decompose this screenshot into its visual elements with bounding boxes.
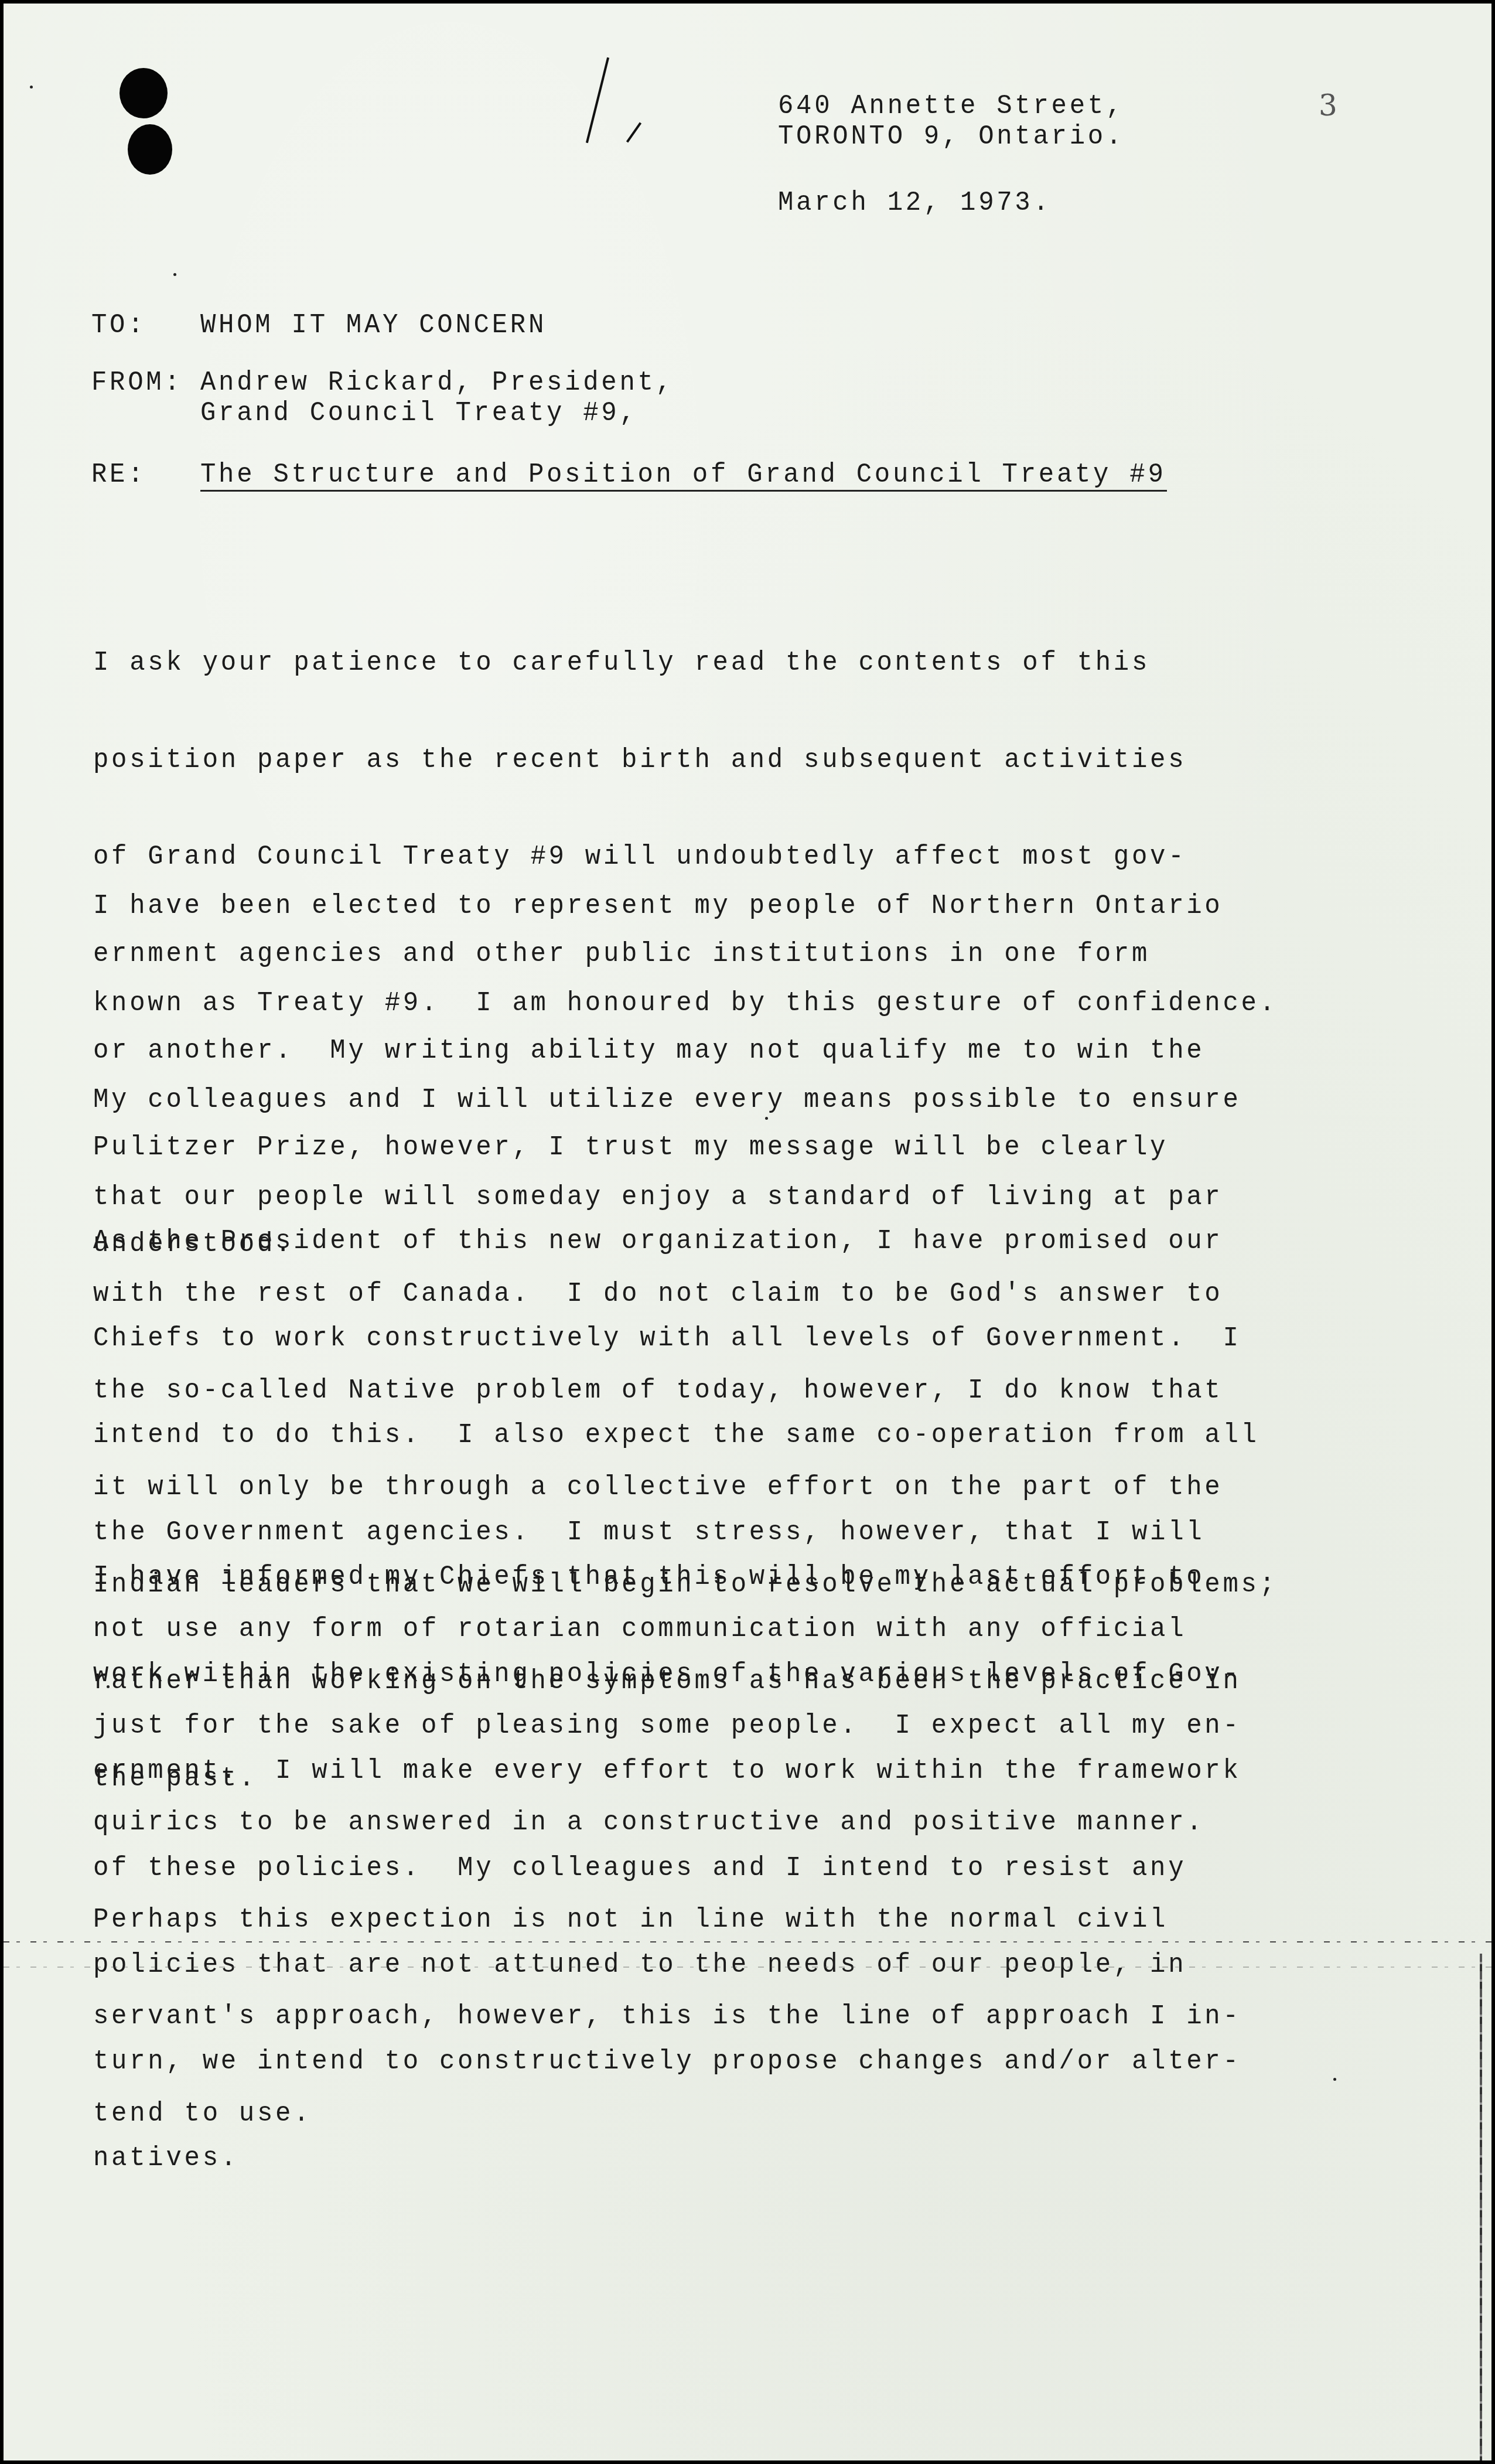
punch-hole-bottom bbox=[128, 124, 172, 175]
handwritten-mark-tick bbox=[626, 122, 641, 142]
from-line-2: Grand Council Treaty #9, bbox=[200, 397, 638, 430]
to-label: TO: bbox=[91, 309, 146, 342]
faint-line-artifact bbox=[4, 1967, 1491, 1968]
speck bbox=[765, 1117, 768, 1120]
paragraph-4: I have informed my Chiefs that this will… bbox=[93, 1497, 1241, 2240]
paragraph-line: My colleagues and I will utilize every m… bbox=[93, 1084, 1278, 1116]
paragraph-line: policies that are not attuned to the nee… bbox=[93, 1949, 1241, 1981]
handwritten-mark bbox=[586, 57, 609, 144]
re-subject-underline bbox=[200, 490, 1167, 492]
paragraph-line: Chiefs to work constructively with all l… bbox=[93, 1323, 1260, 1355]
from-label: FROM: bbox=[91, 367, 183, 399]
re-subject: The Structure and Position of Grand Coun… bbox=[200, 459, 1166, 491]
paragraph-line: work within the existing policies of the… bbox=[93, 1658, 1241, 1691]
paragraph-line: position paper as the recent birth and s… bbox=[93, 744, 1204, 776]
from-line-1: Andrew Rickard, President, bbox=[200, 367, 674, 399]
sender-address-line-1: 640 Annette Street, bbox=[778, 90, 1124, 122]
paragraph-line: As the President of this new organizatio… bbox=[93, 1225, 1260, 1257]
scanned-letter-page: 3 640 Annette Street, TORONTO 9, Ontario… bbox=[4, 4, 1491, 2460]
speck bbox=[1333, 2078, 1336, 2081]
to-value: WHOM IT MAY CONCERN bbox=[200, 309, 547, 342]
speck bbox=[560, 2019, 563, 2022]
paragraph-line: I have been elected to represent my peop… bbox=[93, 890, 1278, 922]
paragraph-line: I have informed my Chiefs that this will… bbox=[93, 1561, 1241, 1593]
paragraph-line: turn, we intend to constructively propos… bbox=[93, 2046, 1241, 2078]
sender-address-line-2: TORONTO 9, Ontario. bbox=[778, 121, 1124, 153]
fold-line-artifact bbox=[4, 1941, 1491, 1942]
paragraph-line: natives. bbox=[93, 2143, 1241, 2175]
paragraph-line: intend to do this. I also expect the sam… bbox=[93, 1419, 1260, 1451]
page-edge-line-artifact bbox=[1480, 1954, 1482, 2460]
re-label: RE: bbox=[91, 459, 146, 491]
speck bbox=[30, 86, 33, 88]
paragraph-line: ernment. I will make every effort to wor… bbox=[93, 1755, 1241, 1787]
punch-hole-top bbox=[120, 68, 168, 118]
speck bbox=[107, 1685, 110, 1688]
paragraph-line: of these policies. My colleagues and I i… bbox=[93, 1852, 1241, 1884]
speck bbox=[173, 273, 176, 276]
paragraph-line: I ask your patience to carefully read th… bbox=[93, 647, 1204, 679]
page-number-mark: 3 bbox=[1319, 90, 1337, 121]
paragraph-line: known as Treaty #9. I am honoured by thi… bbox=[93, 987, 1278, 1020]
letter-date: March 12, 1973. bbox=[778, 187, 1052, 219]
